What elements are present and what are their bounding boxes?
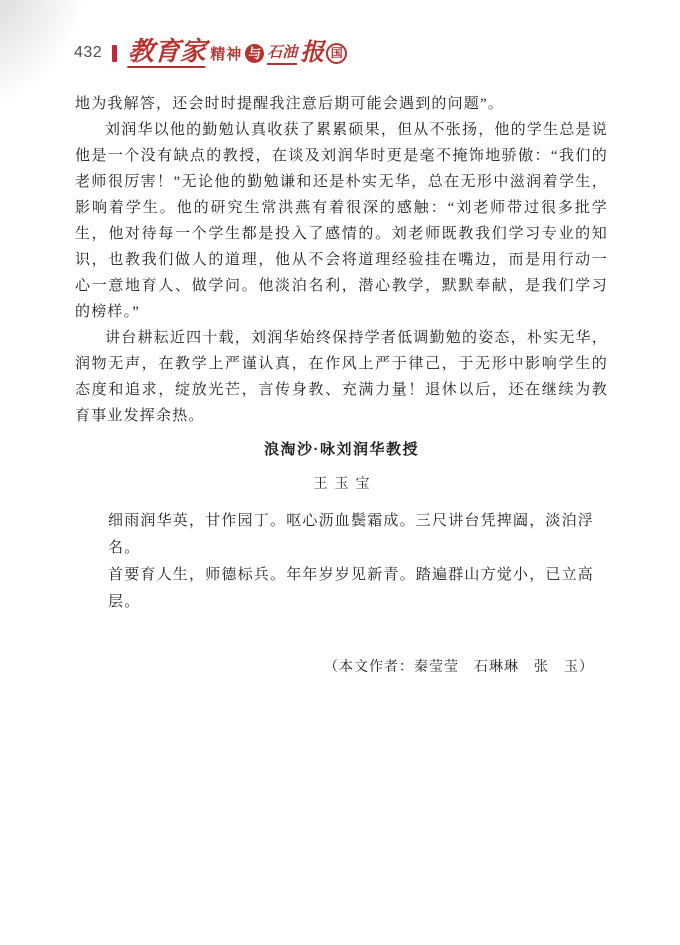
logo-text-petroleum: 石油 [267, 41, 297, 65]
poem-author: 王玉宝 [75, 473, 608, 493]
logo-text-serve: 报 [300, 41, 324, 65]
logo-connector-seal: 与 [245, 44, 264, 63]
page-number: 432 [74, 44, 102, 62]
page-content: 地为我解答，还会时时提醒我注意后期可能会遇到的问题”。 刘润华以他的勤勉认真收获… [0, 66, 680, 676]
body-paragraph: 刘润华以他的勤勉认真收获了累累硕果，但从不张扬，他的学生总是说他是一个没有缺点的… [75, 117, 608, 325]
body-paragraph-continuation: 地为我解答，还会时时提醒我注意后期可能会遇到的问题”。 [75, 91, 608, 117]
page-header: 432 教育家 精神 与 石油 报 国 [0, 0, 680, 66]
poem-body: 细雨润华英，甘作园丁。呕心沥血鬓霜成。三尺讲台凭捭阖，淡泊浮名。 首要育人生，师… [75, 508, 608, 616]
article-authors-attribution: （本文作者：秦莹莹 石琳琳 张 玉） [75, 656, 608, 676]
book-page: 432 教育家 精神 与 石油 报 国 地为我解答，还会时时提醒我注意后期可能会… [0, 0, 680, 945]
poem-line: 细雨润华英，甘作园丁。呕心沥血鬓霜成。三尺讲台凭捭阖，淡泊浮名。 [108, 508, 608, 562]
poem-line: 首要育人生，师德标兵。年年岁岁见新青。踏遍群山方觉小，已立高层。 [108, 562, 608, 616]
book-series-logo: 教育家 精神 与 石油 报 国 [128, 39, 347, 68]
logo-country-seal: 国 [326, 43, 347, 64]
header-divider-bar [112, 45, 117, 62]
logo-text-spirit: 精神 [210, 43, 242, 64]
poem-title: 浪淘沙·咏刘润华教授 [75, 438, 608, 459]
logo-text-educator: 教育家 [127, 39, 207, 68]
body-paragraph: 讲台耕耘近四十载，刘润华始终保持学者低调勤勉的姿态，朴实无华，润物无声，在教学上… [75, 325, 608, 429]
